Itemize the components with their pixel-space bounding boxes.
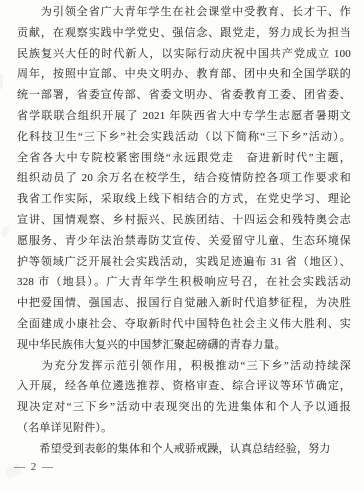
scan-artifact	[0, 225, 9, 237]
document-page: 为引领全省广大青年学生在社会课堂中受教育、长才干、作贡献，在观察实践中学党史、强…	[0, 0, 364, 491]
text-line: 入开展，经各单位遴选推荐、资格审查、综合评议等环节确定，	[17, 376, 351, 397]
text-line: （名单详见附件）。	[17, 418, 351, 439]
paragraph-3: 希望受到表彰的集体和个人戒骄戒躁，认真总结经验，努力	[17, 439, 351, 460]
text-line: 全省各大中专院校紧密围绕“永远跟党走 奋进新时代”主题，	[17, 148, 351, 169]
text-line: 统一部署，省委宣传部、省委文明办、省委教育工委、团省委、	[17, 85, 351, 106]
text-line: 贡献，在观察实践中学党史、强信念、跟党走，努力成长为担当	[17, 23, 351, 44]
text-line: 组织动员了 20 余万名在校学生，结合疫情防控各项工作要求和	[17, 168, 351, 189]
text-line: 现中华民族伟大复兴的中国梦汇聚起磅礴的青春力量。	[17, 335, 351, 356]
text-line: 化科技卫生“三下乡”社会实践活动（以下简称“三下乡”活动）。	[17, 127, 351, 148]
text-line: 全面建成小康社会、夺取新时代中国特色社会主义伟大胜利、实	[17, 314, 351, 335]
text-line: 宣讲、国情观察、乡村振兴、民族团结、十四运会和残特奥会志	[17, 210, 351, 231]
text-line: 省学联联合组织开展了 2021 年陕西省大中专学生志愿者暑期文	[17, 106, 351, 127]
text-line: 护等领域广泛开展社会实践活动，实践足迹遍布 31 省（地区）、	[17, 252, 351, 273]
text-line: 为充分发挥示范引领作用，积极推动“三下乡”活动持续深	[17, 356, 351, 377]
scan-artifact	[0, 74, 3, 89]
text-line: 328 市（地县）。广大青年学生积极响应号召，在社会实践活动	[17, 272, 351, 293]
text-line: 现决定对“三下乡”活动中表现突出的先进集体和个人予以通报	[17, 397, 351, 418]
document-body: 为引领全省广大青年学生在社会课堂中受教育、长才干、作贡献，在观察实践中学党史、强…	[17, 2, 351, 460]
paragraph-2: 为充分发挥示范引领作用，积极推动“三下乡”活动持续深入开展，经各单位遴选推荐、资…	[17, 356, 351, 439]
text-line: 希望受到表彰的集体和个人戒骄戒躁，认真总结经验，努力	[17, 439, 351, 460]
text-line: 为引领全省广大青年学生在社会课堂中受教育、长才干、作	[17, 2, 351, 23]
text-line: 愿服务、青少年法治禁毒防艾宣传、关爱留守儿童、生态环境保	[17, 231, 351, 252]
page-number: — 2 —	[14, 461, 55, 473]
text-line: 中把爱国情、强国志、报国行自觉融入新时代追梦征程，为决胜	[17, 293, 351, 314]
text-line: 民族复兴大任的时代新人，以实际行动庆祝中国共产党成立 100	[17, 44, 351, 65]
paragraph-1: 为引领全省广大青年学生在社会课堂中受教育、长才干、作贡献，在观察实践中学党史、强…	[17, 2, 351, 356]
text-line: 周年，按照中宣部、中央文明办、教育部、团中央和全国学联的	[17, 64, 351, 85]
text-line: 我省工作实际，采取线上线下相结合的方式，在党史学习、理论	[17, 189, 351, 210]
